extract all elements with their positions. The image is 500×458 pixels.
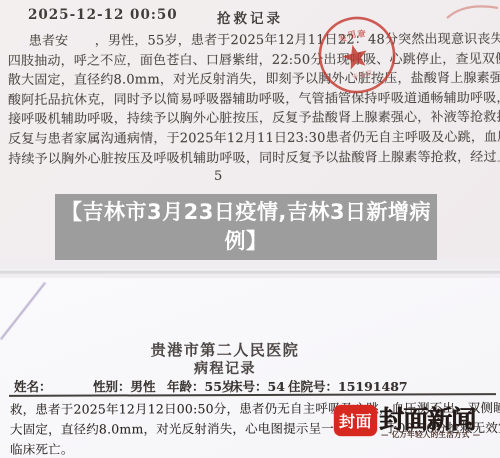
red-seal-stamp-icon: 专用章 专用章	[305, 5, 415, 105]
progress-note-document: 贵港市第二人民医院 病程记录 姓名： 性别：男性 年龄：55岁 床号：54 住院…	[0, 278, 500, 458]
hospital-name: 贵港市第二人民医院	[0, 339, 450, 360]
doc-line: 持续予以胸外心脏按压及呼吸机辅助呼吸，同时反复予以盐酸肾上腺素等抢救，经过上述抢	[8, 148, 492, 170]
photo-separator	[0, 258, 500, 278]
doc-line: 四肢抽动，呼之不应，面色苍白、口唇紫绀，22:50分出现呼吸、心跳停止，查见双侧…	[8, 50, 492, 72]
svg-text:专用章: 专用章	[351, 68, 374, 82]
doc-title: 抢救记录	[0, 7, 500, 27]
doc-line: 救，患者于2025年12月12日00:50分，患者仍无自主呼吸及心跳，血压测不出…	[10, 398, 496, 420]
doc-line: 大固定，直径约8.0mm，对光反射消失，心电图提示呈一条直线，于00:50分抢救…	[10, 418, 496, 440]
page-number: 5	[214, 169, 222, 184]
progress-note-text: 救，患者于2025年12月12日00:50分，患者仍无自主呼吸及心跳，血压测不出…	[10, 398, 496, 458]
field-bed: 床号：54	[230, 377, 285, 395]
doc-line: 反复与患者家属沟通病情，于2025年12月11日23:30患者仍无自主呼吸及心跳…	[8, 128, 492, 150]
headline-text-line1: 【吉林市3月23日疫情,吉林3日新增病	[61, 198, 431, 227]
page-edge-line	[0, 282, 46, 340]
patient-info-row: 姓名： 性别：男性 年龄：55岁 床号：54 住院号：15191487	[0, 377, 500, 393]
headline-overlay: 【吉林市3月23日疫情,吉林3日新增病 例】	[55, 194, 437, 260]
separator-line	[0, 269, 500, 274]
doc-line: 散大固定，直径约8.0mm，对光反射消失，即刻予以胸外心脏按压，盐酸肾上腺素强心…	[8, 69, 492, 91]
doc-body-text: 患者安 ，男性，55岁，患者于2025年12月11日22：48分突然出现意识丧失…	[8, 30, 493, 169]
field-age: 年龄：55岁	[167, 377, 234, 395]
field-admission-number: 住院号：15191487	[288, 377, 408, 395]
svg-text:专用章: 专用章	[336, 26, 369, 47]
field-gender: 性别：男性	[93, 377, 156, 395]
doc-line: 酸阿托品抗休克，同时予以简易呼吸器辅助呼吸，气管插管保持呼吸道通畅辅助呼吸，后连	[8, 89, 492, 111]
doc-line: 临床死亡。	[10, 438, 496, 458]
info-divider-line	[9, 393, 496, 397]
doc-line: 患者安 ，男性，55岁，患者于2025年12月11日22：48分突然出现意识丧失…	[8, 30, 492, 52]
news-image-root: 2025-12-12 00:50 抢救记录 患者安 ，男性，55岁，患者于202…	[0, 0, 500, 458]
record-title: 病程记录	[0, 358, 450, 378]
field-name: 姓名：	[14, 377, 52, 395]
corner-stamp-mark-icon	[445, 0, 500, 22]
headline-text-line2: 例】	[225, 227, 268, 256]
doc-line: 接呼吸机辅助呼吸，持续予以胸外心脏按压，反复予盐酸肾上腺素强心，补液等抢救措施，	[8, 108, 492, 130]
